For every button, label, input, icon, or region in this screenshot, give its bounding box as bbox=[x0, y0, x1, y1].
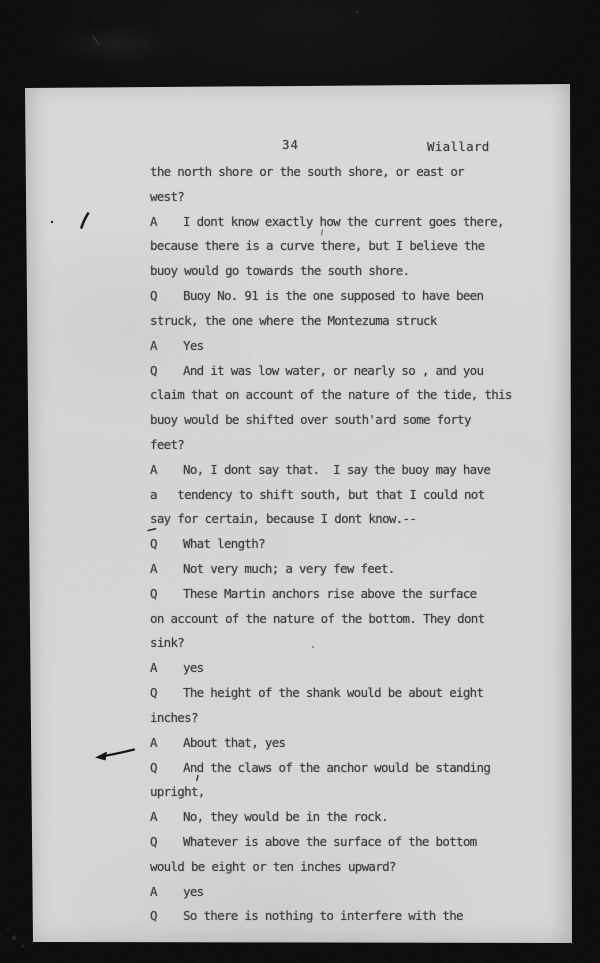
dust-speck bbox=[12, 936, 16, 940]
line-text: the north shore or the south shore, or e… bbox=[150, 164, 464, 179]
speaker-letter: A bbox=[150, 656, 183, 681]
speaker-letter: A bbox=[150, 731, 183, 756]
line-text: say for certain, because I dont know.-- bbox=[150, 511, 416, 526]
line-text: claim that on account of the nature of t… bbox=[150, 387, 512, 402]
transcript-line: Ayes bbox=[150, 880, 570, 905]
transcript-line: upright, bbox=[150, 780, 570, 805]
dust-speck bbox=[21, 944, 24, 947]
line-text: west? bbox=[150, 189, 184, 204]
transcript-line: buoy would go towards the south shore. bbox=[150, 259, 570, 284]
line-text: These Martin anchors rise above the surf… bbox=[183, 586, 477, 601]
transcript-line: ANot very much; a very few feet. bbox=[150, 557, 570, 582]
line-text: yes bbox=[183, 660, 203, 675]
speaker-letter: Q bbox=[150, 756, 183, 781]
speaker-letter: A bbox=[150, 880, 183, 905]
transcript-line: QSo there is nothing to interfere with t… bbox=[150, 904, 570, 929]
line-text: The height of the shank would be about e… bbox=[183, 685, 483, 700]
transcript-line: QThese Martin anchors rise above the sur… bbox=[150, 582, 570, 607]
page-number: 34 bbox=[282, 137, 299, 152]
transcript-line: ANo, I dont say that. I say the buoy may… bbox=[150, 458, 570, 483]
line-text: About that, yes bbox=[183, 735, 285, 750]
transcript-line: ANo, they would be in the rock. bbox=[150, 805, 570, 830]
transcript-line: because there is a curve there, but I be… bbox=[150, 234, 570, 259]
transcript-line: claim that on account of the nature of t… bbox=[150, 383, 570, 408]
transcript-line: Ayes bbox=[150, 656, 570, 681]
transcript-line: say for certain, because I dont know.-- bbox=[150, 507, 570, 532]
line-text: feet? bbox=[150, 437, 184, 452]
transcript-line: the north shore or the south shore, or e… bbox=[150, 160, 570, 185]
speaker-letter: A bbox=[150, 557, 183, 582]
transcript-line: sink? bbox=[150, 631, 570, 656]
speaker-letter: A bbox=[150, 805, 183, 830]
dust-speck bbox=[7, 928, 9, 930]
transcript-line: AAbout that, yes bbox=[150, 731, 570, 756]
speaker-letter: A bbox=[150, 458, 183, 483]
speaker-letter: Q bbox=[150, 830, 183, 855]
dust-speck bbox=[356, 11, 359, 14]
line-text: I dont know exactly how the current goes… bbox=[183, 214, 504, 229]
transcript-line: would be eight or ten inches upward? bbox=[150, 855, 570, 880]
line-text: No, I dont say that. I say the buoy may … bbox=[183, 462, 490, 477]
transcript-line: QAnd the claws of the anchor would be st… bbox=[150, 756, 570, 781]
transcript-line: on account of the nature of the bottom. … bbox=[150, 607, 570, 632]
line-text: What length? bbox=[183, 536, 265, 551]
witness-name: Wiallard bbox=[427, 139, 490, 154]
transcript-line: inches? bbox=[150, 706, 570, 731]
speaker-letter: A bbox=[150, 210, 183, 235]
line-text: would be eight or ten inches upward? bbox=[150, 859, 396, 874]
line-text: a tendency to shift south, but that I co… bbox=[150, 487, 484, 502]
line-text: buoy would be shifted over south'ard som… bbox=[150, 412, 471, 427]
line-text: on account of the nature of the bottom. … bbox=[150, 611, 484, 626]
transcript-line: QWhat length? bbox=[150, 532, 570, 557]
line-text: inches? bbox=[150, 710, 198, 725]
line-text: Whatever is above the surface of the bot… bbox=[183, 834, 477, 849]
line-text: And it was low water, or nearly so , and… bbox=[183, 363, 483, 378]
line-text: Buoy No. 91 is the one supposed to have … bbox=[183, 288, 483, 303]
line-text: buoy would go towards the south shore. bbox=[150, 263, 409, 278]
transcript-line: AI dont know exactly how the current goe… bbox=[150, 210, 570, 235]
line-text: Not very much; a very few feet. bbox=[183, 561, 395, 576]
line-text: yes bbox=[183, 884, 203, 899]
transcript-line: struck, the one where the Montezuma stru… bbox=[150, 309, 570, 334]
speaker-letter: Q bbox=[150, 681, 183, 706]
line-text: And the claws of the anchor would be sta… bbox=[183, 760, 490, 775]
line-text: No, they would be in the rock. bbox=[183, 809, 388, 824]
transcript-line: west? bbox=[150, 185, 570, 210]
transcript-line: buoy would be shifted over south'ard som… bbox=[150, 408, 570, 433]
speaker-letter: Q bbox=[150, 359, 183, 384]
scanned-document: 34 Wiallard the north shore or the south… bbox=[0, 0, 600, 963]
speaker-letter: A bbox=[150, 334, 183, 359]
transcript-line: QBuoy No. 91 is the one supposed to have… bbox=[150, 284, 570, 309]
transcript-line: QAnd it was low water, or nearly so , an… bbox=[150, 359, 570, 384]
transcript-line: feet? bbox=[150, 433, 570, 458]
transcript-line: QWhatever is above the surface of the bo… bbox=[150, 830, 570, 855]
speaker-letter: Q bbox=[150, 532, 183, 557]
speaker-letter: Q bbox=[150, 284, 183, 309]
transcript-line: QThe height of the shank would be about … bbox=[150, 681, 570, 706]
speaker-letter: Q bbox=[150, 582, 183, 607]
speaker-letter: Q bbox=[150, 904, 183, 929]
line-text: So there is nothing to interfere with th… bbox=[183, 908, 463, 923]
transcript-line: a tendency to shift south, but that I co… bbox=[150, 483, 570, 508]
line-text: struck, the one where the Montezuma stru… bbox=[150, 313, 437, 328]
line-text: upright, bbox=[150, 784, 205, 799]
transcript-line: AYes bbox=[150, 334, 570, 359]
document-page: 34 Wiallard the north shore or the south… bbox=[25, 83, 572, 944]
line-text: Yes bbox=[183, 338, 203, 353]
line-text: because there is a curve there, but I be… bbox=[150, 238, 484, 253]
transcript-body: the north shore or the south shore, or e… bbox=[150, 160, 570, 929]
line-text: sink? bbox=[150, 635, 184, 650]
dust-speck bbox=[93, 36, 99, 45]
